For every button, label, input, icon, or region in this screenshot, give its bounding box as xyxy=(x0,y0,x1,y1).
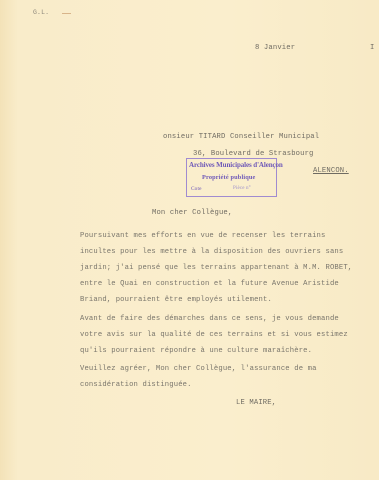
recipient-address: 36, Boulevard de Strasbourg xyxy=(193,150,314,158)
body-line-10: considération distinguée. xyxy=(80,381,192,389)
body-line-6: Avant de faire des démarches dans ce sen… xyxy=(80,315,339,323)
stamp-cote-label: Cote xyxy=(191,186,202,192)
stamp-subtitle: Propriété publique xyxy=(202,174,256,181)
reference-initials: G.L. xyxy=(33,9,49,16)
body-line-7: votre avis sur la qualité de ces terrain… xyxy=(80,331,348,339)
pencil-mark xyxy=(62,13,71,14)
body-line-8: qu'ils pourraient répondre à une culture… xyxy=(80,347,312,355)
body-line-3: jardin; j'ai pensé que les terrains appa… xyxy=(80,264,352,272)
body-line-5: Briand, pourraient être employés utileme… xyxy=(80,296,272,304)
salutation: Mon cher Collègue, xyxy=(152,209,232,217)
body-line-4: entre le Quai en construction et la futu… xyxy=(80,280,339,288)
body-line-2: incultes pour les mettre à la dispositio… xyxy=(80,248,343,256)
page-number: I xyxy=(370,44,374,52)
signature: LE MAIRE, xyxy=(236,399,276,407)
body-line-1: Poursuivant mes efforts en vue de recens… xyxy=(80,232,325,240)
letter-page: G.L. 8 Janvier I onsieur TITARD Conseill… xyxy=(0,0,379,480)
stamp-title: Archives Municipales d'Alençon xyxy=(189,161,283,169)
stamp-piece-label: Pièce n° xyxy=(233,186,251,191)
letter-date: 8 Janvier xyxy=(255,44,295,52)
recipient-city: ALENCON. xyxy=(313,167,349,175)
recipient-name: onsieur TITARD Conseiller Municipal xyxy=(163,133,319,141)
body-line-9: Veuillez agréer, Mon cher Collègue, l'as… xyxy=(80,365,317,373)
archive-stamp: Archives Municipales d'Alençon Propriété… xyxy=(186,158,277,197)
